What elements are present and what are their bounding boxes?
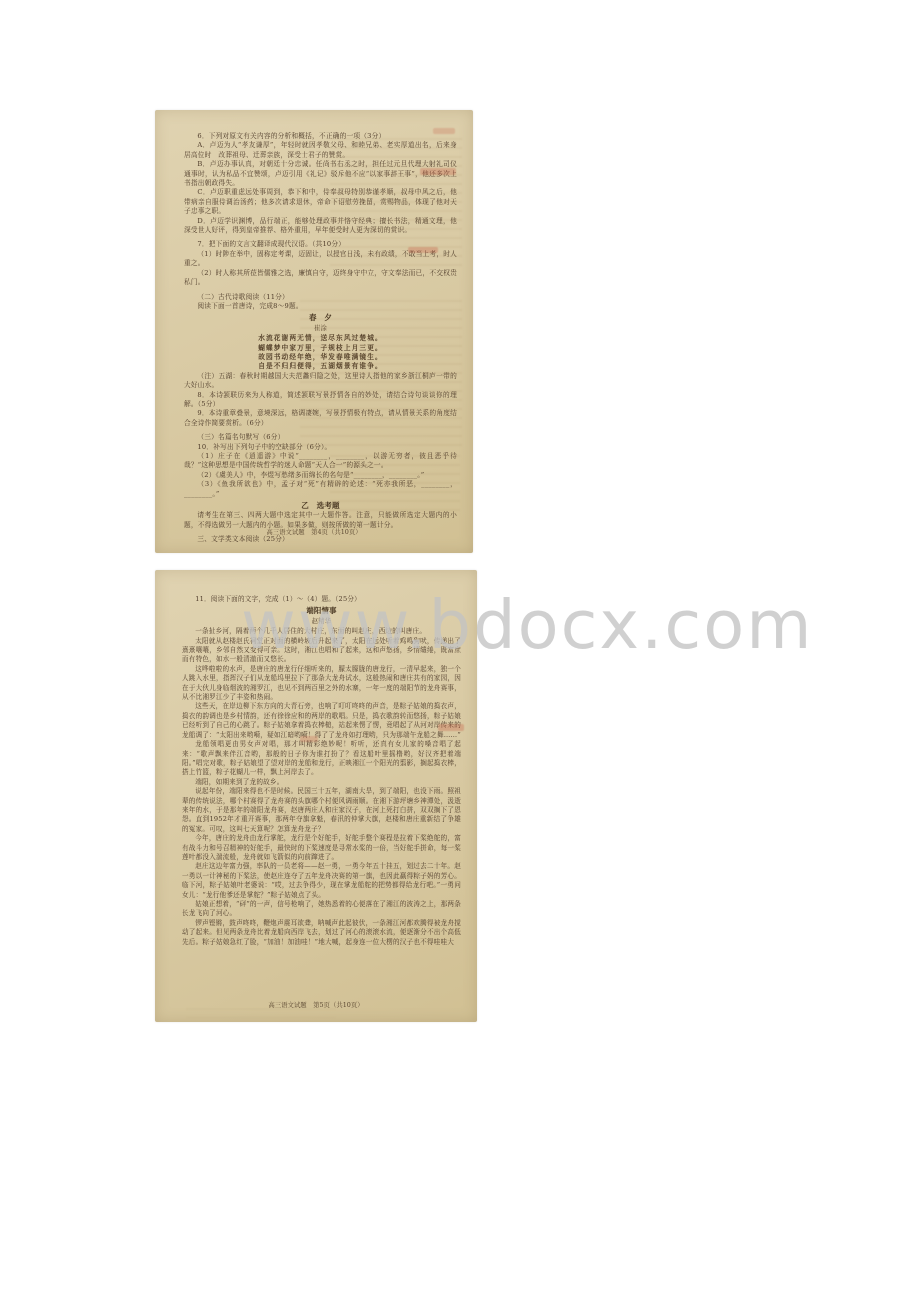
exam-text-line: （3）《鱼我所欲也》中，孟子对“死”有精辟的论述：“死亦我所恶，________… xyxy=(184,480,457,499)
exam-text-line: 11．阅读下面的文字，完成（1）～（4）题。（25分） xyxy=(182,595,461,604)
exam-text-line: A．卢迈为人“孝友谦厚”，年轻时就因孝敬父母、和睦兄弟、老实厚道出名，后来身居高… xyxy=(184,141,457,160)
exam-text-line: （二）古代诗歌阅读（11分） xyxy=(184,293,457,302)
exam-text-line: 这哗啦啦的水声，是唐庄的唐龙行仔细听来的，朦太朦胧的唐龙行，一清早起来，独一个人… xyxy=(182,665,461,703)
exam-text-line: B．卢迈办事认真，对朝廷十分忠诚。任尚书右丞之时，担任过元旦代理大射礼司仪通事时… xyxy=(184,160,457,188)
exam-text-line: 赵精华 xyxy=(182,617,461,626)
exam-text-line: 锣声铿锵，鼓声咚咚，鞭炮声震耳欲聋，呐喊声此起彼伏，一条湘江河都欢腾得被龙舟搅动… xyxy=(182,919,461,947)
exam-text-line: 龙船领唱更由男女声对唱，那才叫精彩绝妙呢！听听，还真有女儿家的嗓音唱了起来：“歌… xyxy=(182,740,461,778)
exam-page-5-text: 11．阅读下面的文字，完成（1）～（4）题。（25分）端阳情事赵精华一条扯乡河，… xyxy=(182,595,461,947)
exam-text-line: 一条扯乡河，隔着两个几千人居住的大村庄，东面的叫赵庄，西边的叫唐庄。 xyxy=(182,627,461,636)
exam-text-line: 水流花谢两无情，送尽东风过楚城。 xyxy=(184,334,457,343)
exam-text-line: C．卢迈职重虑远处事周到，恭下和中，侍奉叔母特别恭谨孝顺，叔母中风之后，他带病亲… xyxy=(184,188,457,216)
document-preview-page: 6．下列对原文有关内容的分析和概括，不正确的一项（3分）A．卢迈为人“孝友谦厚”… xyxy=(0,0,920,1302)
exam-text-line: 故园书动经年绝，华发春唯满镜生。 xyxy=(184,353,457,362)
exam-text-line: 赵庄这边年富力强，率队的一员老将——赵一勇，一勇今年五十挂五，划过去二十年。赵一… xyxy=(182,862,461,900)
exam-text-line: 端阳情事 xyxy=(182,606,461,615)
exam-text-line: 太阳就从赵楼赵氏祠堂正对面的横岭坡后升起来了，太阳在远处听着鸡鸣狗吠，传递出了熹… xyxy=(182,637,461,665)
exam-text-line: 自是不归归便得，五湖烟景有谁争。 xyxy=(184,362,457,371)
exam-text-line: 姑娘正想着，“砰”的一声，信号枪响了，她热悉着的心便落在了湘江的波涛之上，那两条… xyxy=(182,900,461,919)
scanned-exam-page-4: 6．下列对原文有关内容的分析和概括，不正确的一项（3分）A．卢迈为人“孝友谦厚”… xyxy=(155,110,473,553)
exam-text-line: （注）五湖：春秋时期越国大夫范蠡归隐之处，这里诗人指他的家乡浙江桐庐一带的大好山… xyxy=(184,372,457,391)
exam-text-line: 8．本诗颔联历来为人称道，简述颔联写景抒情各自的妙处，请结合诗句谈谈你的理解。（… xyxy=(184,391,457,410)
exam-text-line: 乙 选考题 xyxy=(184,501,457,510)
exam-text-line: 崔涂 xyxy=(184,324,457,333)
exam-text-line: 春 夕 xyxy=(184,313,457,322)
exam-text-line: 阅读下面一首唐诗，完成8～9题。 xyxy=(184,302,457,311)
exam-text-line: 说起年份，端阳来得也不是时候。民国三十五年，湖南大旱，到了端阳，也没下雨。照祖辈… xyxy=(182,787,461,834)
exam-text-line: 这些天，在岸边柳下东方向的大青石旁，也响了叮叮咚咚的声音，是粽子姑娘的捣衣声，捣… xyxy=(182,702,461,740)
page-4-footer: 高三语文试题 第4页（共10页） xyxy=(155,528,473,537)
exam-text-line: 10．补写出下列句子中的空缺部分（6分）。 xyxy=(184,443,457,452)
exam-text-line: （1）庄子在《逍遥游》中说“________，________，以游无穷者，彼且… xyxy=(184,452,457,471)
exam-text-line: （1）时陟在举中，固称定考课，迈固让，以授官日浅，未有政绩，不敢当上考，时人重之… xyxy=(184,250,457,269)
scanned-exam-page-5: 11．阅读下面的文字，完成（1）～（4）题。（25分）端阳情事赵精华一条扯乡河，… xyxy=(155,570,477,1022)
exam-text-line: 今年，唐庄的龙舟由龙行掌舵，龙行是个好舵手，好舵手整个赛程是拉着下桨绝舵的，富有… xyxy=(182,834,461,862)
exam-page-4-text: 6．下列对原文有关内容的分析和概括，不正确的一项（3分）A．卢迈为人“孝友谦厚”… xyxy=(184,132,457,545)
exam-text-line: （2）《虞美人》中，李煜写愁绪多而绵长的名句是“________，_______… xyxy=(184,471,457,480)
exam-text-line: 7．把下面的文言文翻译成现代汉语。（共10分） xyxy=(184,240,457,249)
exam-text-line: 端阳，如期来到了龙的故乡。 xyxy=(182,778,461,787)
exam-text-line: 蝴蝶梦中家万里，子规枝上月三更。 xyxy=(184,344,457,353)
exam-text-line: 6．下列对原文有关内容的分析和概括，不正确的一项（3分） xyxy=(184,132,457,141)
exam-text-line: （2）时人称其所莅皆儒雅之选，廉慎自守，迈终身守中立，守文奉法而已，不交权贵私门… xyxy=(184,269,457,288)
exam-text-line: 9．本诗重章叠景，意境深远，格调凄婉，写景抒情极有特点，请从情景关系的角度结合全… xyxy=(184,409,457,428)
page-5-footer: 高三语文试题 第5页（共10页） xyxy=(155,1001,477,1010)
exam-text-line: （三）名篇名句默写（6分） xyxy=(184,433,457,442)
exam-text-line: D．卢迈学识渊博，品行端正，能够处理政事并恪守经典；擅长书法，精通文理，他深受世… xyxy=(184,217,457,236)
